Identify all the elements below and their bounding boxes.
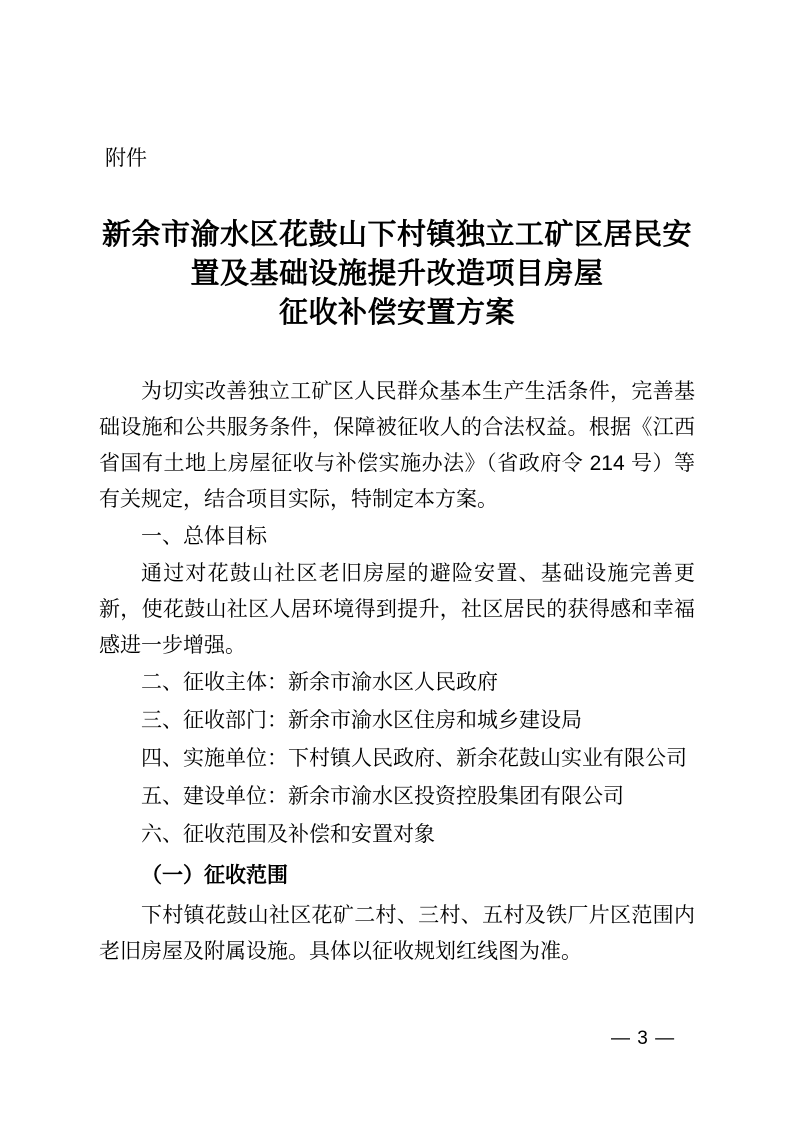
section-heading: 二、征收主体：新余市渝水区人民政府	[99, 664, 695, 702]
body-paragraph: 通过对花鼓山社区老旧房屋的避险安置、基础设施完善更新，使花鼓山社区人居环境得到提…	[99, 556, 695, 664]
section-heading: 一、总体目标	[99, 518, 695, 556]
section-heading: 五、建设单位：新余市渝水区投资控股集团有限公司	[99, 778, 695, 816]
subsection-heading: （一）征收范围	[99, 854, 695, 898]
attachment-label: 附件	[105, 146, 147, 171]
section-heading: 六、征收范围及补偿和安置对象	[99, 816, 695, 854]
document-page: 附件 新余市渝水区花鼓山下村镇独立工矿区居民安 置及基础设施提升改造项目房屋 征…	[0, 0, 793, 1122]
title-line-1: 新余市渝水区花鼓山下村镇独立工矿区居民安	[99, 216, 695, 255]
page-number: — 3 —	[611, 1028, 675, 1050]
section-heading: 三、征收部门：新余市渝水区住房和城乡建设局	[99, 702, 695, 740]
title-line-3: 征收补偿安置方案	[99, 294, 695, 333]
title-line-2: 置及基础设施提升改造项目房屋	[99, 255, 695, 294]
section-heading: 四、实施单位：下村镇人民政府、新余花鼓山实业有限公司	[99, 740, 695, 778]
document-title: 新余市渝水区花鼓山下村镇独立工矿区居民安 置及基础设施提升改造项目房屋 征收补偿…	[99, 216, 695, 333]
body-paragraph: 下村镇花鼓山社区花矿二村、三村、五村及铁厂片区范围内老旧房屋及附属设施。具体以征…	[99, 898, 695, 970]
body-paragraph: 为切实改善独立工矿区人民群众基本生产生活条件，完善基础设施和公共服务条件，保障被…	[99, 374, 695, 518]
document-body: 为切实改善独立工矿区人民群众基本生产生活条件，完善基础设施和公共服务条件，保障被…	[99, 374, 695, 970]
